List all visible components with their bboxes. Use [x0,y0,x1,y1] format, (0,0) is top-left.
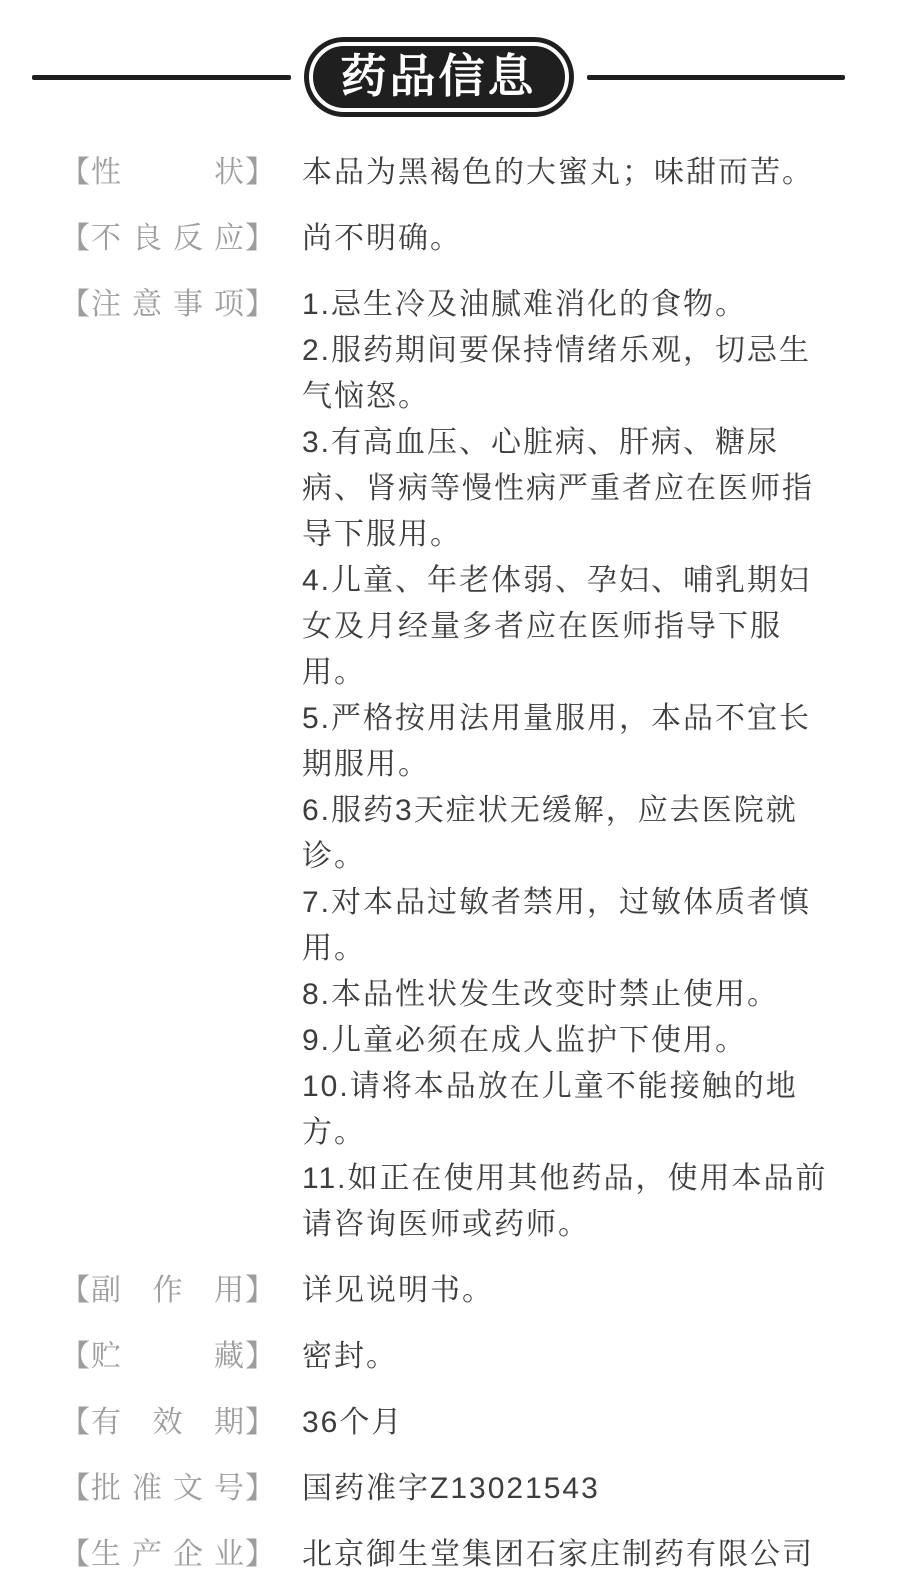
field-label: 【 不良反应 】 [60,216,275,262]
info-row-character: 【 性状 】 本品为黑褐色的大蜜丸；味甜而苦。 [60,150,900,196]
field-label-chars: 副作用 [90,1268,245,1314]
bracket-close: 】 [245,1334,275,1380]
field-label-char: 生 [91,1532,121,1578]
bracket-open: 【 [60,216,90,262]
bracket-close: 】 [245,282,275,328]
field-value-text: 北京御生堂集团石家庄制药有限公司 [302,1532,832,1578]
field-value: 36个月 [302,1400,832,1446]
field-label-char: 效 [153,1400,183,1446]
field-label: 【 生产企业 】 [60,1532,275,1578]
header-line-left [32,75,291,80]
field-value-text: 9.儿童必须在成人监护下使用。 [302,1018,832,1064]
field-label: 【 贮藏 】 [60,1334,275,1380]
field-label-char: 良 [132,216,162,262]
field-label-char: 反 [173,216,203,262]
field-value-text: 5.严格按用法用量服用，本品不宜长期服用。 [302,696,832,788]
field-label: 【 有效期 】 [60,1400,275,1446]
field-label-chars: 批准文号 [90,1466,245,1512]
section-header: 药品信息 [0,37,900,117]
field-label-char: 准 [132,1466,162,1512]
field-label: 【 批准文号 】 [60,1466,275,1512]
field-label-chars: 注意事项 [90,282,245,328]
header-line-right [587,75,846,80]
field-label-char: 贮 [91,1334,121,1380]
page-title: 药品信息 [341,50,537,102]
info-row-manufacturer: 【 生产企业 】 北京御生堂集团石家庄制药有限公司 [60,1532,900,1578]
bracket-close: 】 [245,1268,275,1314]
field-label-char: 业 [214,1532,244,1578]
bracket-open: 【 [60,1268,90,1314]
info-row-adverse-reactions: 【 不良反应 】 尚不明确。 [60,216,900,262]
field-label-char: 项 [214,282,244,328]
field-label-char: 企 [173,1532,203,1578]
field-value-text: 3.有高血压、心脏病、肝病、糖尿病、肾病等慢性病严重者应在医师指导下服用。 [302,420,832,558]
field-label-char: 有 [91,1400,121,1446]
bracket-open: 【 [60,150,90,196]
info-row-side-effects: 【 副作用 】 详见说明书。 [60,1268,900,1314]
field-value-text: 11.如正在使用其他药品，使用本品前请咨询医师或药师。 [302,1156,832,1248]
field-label-char: 作 [153,1268,183,1314]
bracket-open: 【 [60,1400,90,1446]
field-label-chars: 有效期 [90,1400,245,1446]
field-value-text: 10.请将本品放在儿童不能接触的地方。 [302,1064,832,1156]
info-row-precautions: 【 注意事项 】 1.忌生冷及油腻难消化的食物。2.服药期间要保持情绪乐观，切忌… [60,282,900,1248]
bracket-open: 【 [60,282,90,328]
field-value-text: 本品为黑褐色的大蜜丸；味甜而苦。 [302,150,832,196]
bracket-close: 】 [245,1532,275,1578]
title-badge: 药品信息 [304,37,574,117]
bracket-close: 】 [245,1466,275,1512]
field-value-text: 6.服药3天症状无缓解，应去医院就诊。 [302,788,832,880]
field-label-char: 批 [91,1466,121,1512]
info-row-approval-number: 【 批准文号 】 国药准字Z13021543 [60,1466,900,1512]
field-label-char: 意 [132,282,162,328]
field-value: 国药准字Z13021543 [302,1466,832,1512]
field-label-char: 藏 [214,1334,244,1380]
field-label-char: 性 [91,150,121,196]
field-label: 【 注意事项 】 [60,282,275,328]
field-label: 【 副作用 】 [60,1268,275,1314]
bracket-open: 【 [60,1334,90,1380]
field-value: 尚不明确。 [302,216,832,262]
field-label-char: 期 [214,1400,244,1446]
field-label-chars: 不良反应 [90,216,245,262]
field-value: 本品为黑褐色的大蜜丸；味甜而苦。 [302,150,832,196]
field-label-chars: 贮藏 [90,1334,245,1380]
field-label-char: 注 [91,282,121,328]
field-label-char: 不 [91,216,121,262]
bracket-open: 【 [60,1466,90,1512]
field-value: 密封。 [302,1334,832,1380]
field-label-char: 事 [173,282,203,328]
bracket-close: 】 [245,1400,275,1446]
field-value-text: 国药准字Z13021543 [302,1466,832,1512]
field-value-text: 详见说明书。 [302,1268,832,1314]
field-value: 北京御生堂集团石家庄制药有限公司 [302,1532,832,1578]
field-label-char: 状 [214,150,244,196]
field-label-char: 副 [91,1268,121,1314]
bracket-open: 【 [60,1532,90,1578]
field-label-chars: 性状 [90,150,245,196]
field-value-text: 1.忌生冷及油腻难消化的食物。 [302,282,832,328]
bracket-close: 】 [245,150,275,196]
field-label-char: 应 [214,216,244,262]
field-label-char: 产 [132,1532,162,1578]
field-label: 【 性状 】 [60,150,275,196]
field-label-chars: 生产企业 [90,1532,245,1578]
field-value: 详见说明书。 [302,1268,832,1314]
field-label-char: 号 [214,1466,244,1512]
title-badge-inner: 药品信息 [309,42,569,112]
field-value-text: 36个月 [302,1400,832,1446]
field-label-char: 文 [173,1466,203,1512]
info-row-validity-period: 【 有效期 】 36个月 [60,1400,900,1446]
bracket-close: 】 [245,216,275,262]
field-value-text: 4.儿童、年老体弱、孕妇、哺乳期妇女及月经量多者应在医师指导下服用。 [302,558,832,696]
field-label-char: 用 [214,1268,244,1314]
info-row-storage: 【 贮藏 】 密封。 [60,1334,900,1380]
field-value-text: 8.本品性状发生改变时禁止使用。 [302,972,832,1018]
field-value: 1.忌生冷及油腻难消化的食物。2.服药期间要保持情绪乐观，切忌生气恼怒。3.有高… [302,282,832,1248]
info-rows: 【 性状 】 本品为黑褐色的大蜜丸；味甜而苦。 【 不良反应 】 尚不明确。 【… [0,150,900,1578]
field-value-text: 7.对本品过敏者禁用，过敏体质者慎用。 [302,880,832,972]
field-value-text: 密封。 [302,1334,832,1380]
field-value-text: 2.服药期间要保持情绪乐观，切忌生气恼怒。 [302,328,832,420]
field-value-text: 尚不明确。 [302,216,832,262]
